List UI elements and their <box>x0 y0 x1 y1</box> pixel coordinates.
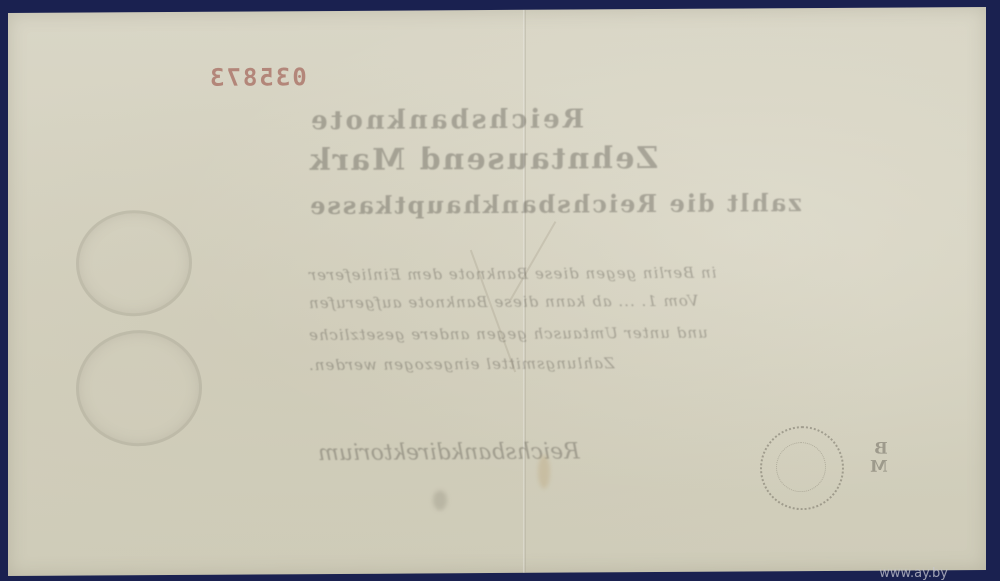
round-seal-icon <box>760 426 844 511</box>
site-watermark: www.ay.by <box>879 566 948 581</box>
mirrored-body-line: Zahlungsmittel eingezogen werden. <box>308 354 614 374</box>
side-letter: M <box>870 458 888 476</box>
mirrored-title-line-3: zahlt die Reichsbankhauptkasse <box>308 188 802 220</box>
crease <box>510 221 557 300</box>
mirrored-body-line: und unter Umtausch gegen andere gesetzli… <box>308 324 708 344</box>
mirrored-title-line-2: Zehntausend Mark <box>308 141 658 178</box>
center-fold <box>523 10 526 573</box>
stain <box>538 455 550 489</box>
mirrored-body-line: Vom 1. ... ab kann diese Banknote aufger… <box>308 292 698 312</box>
oval-watermark-icon <box>76 330 202 447</box>
banknote-back: 035873 Reichsbanknote Zehntausend Mark z… <box>8 7 986 576</box>
serial-number: 035873 <box>208 63 307 92</box>
oval-watermark-icon <box>76 210 192 317</box>
side-letter: B <box>870 440 888 458</box>
mirrored-title-line-1: Reichsbanknote <box>308 104 584 136</box>
mirrored-body-line: in Berlin gegen diese Banknote dem Einli… <box>308 264 716 284</box>
side-letters: B M <box>870 440 888 476</box>
seal-inner-ring <box>776 442 826 492</box>
stain <box>433 490 447 510</box>
